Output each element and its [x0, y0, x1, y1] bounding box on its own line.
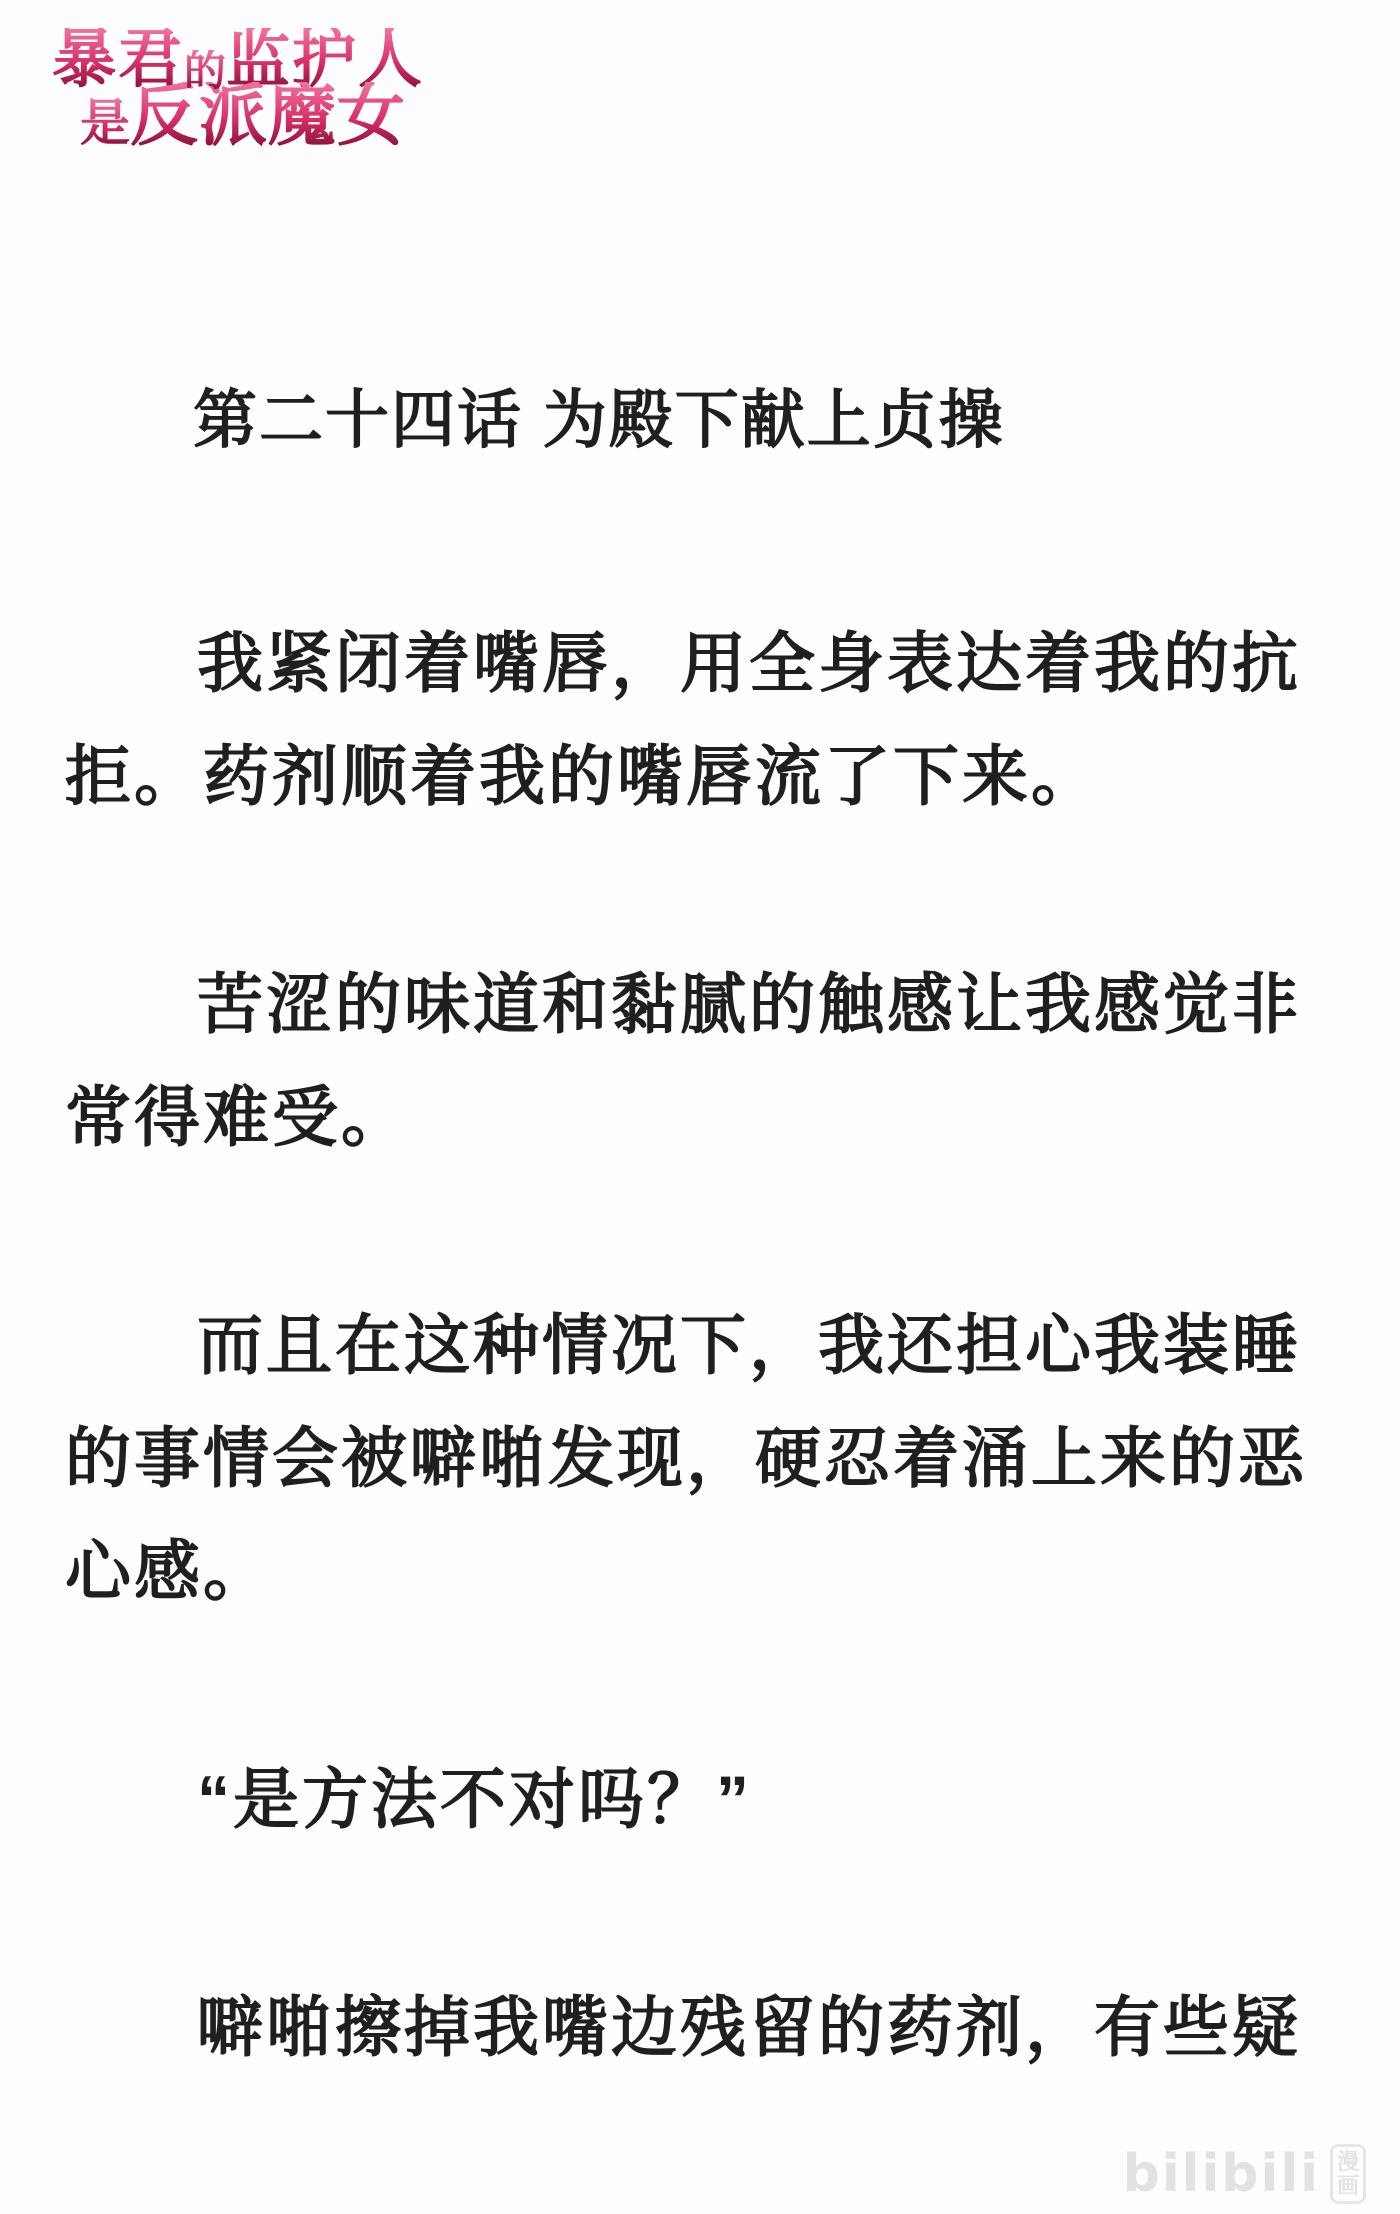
chapter-text-content: 第二十四话 为殿下献上贞操 我紧闭着嘴唇，用全身表达着我的抗拒。药剂顺着我的嘴唇… [0, 0, 1400, 2084]
bilibili-logo-text: bilibili [1123, 2144, 1320, 2204]
logo-text-shi: 是 [80, 98, 130, 148]
logo-text-fanpaimonv: 反派魔女 [130, 82, 406, 150]
comic-novel-page: 暴君的监护人 是反派魔女 第二十四话 为殿下献上贞操 我紧闭着嘴唇，用全身表达着… [0, 0, 1400, 2214]
manhua-badge-char-top: 漫 [1337, 2150, 1359, 2174]
logo-text-de: 的 [184, 50, 226, 92]
paragraph-3: 而且在这种情况下，我还担心我装睡的事情会被噼啪发现，硬忍着涌上来的恶心感。 [65, 1289, 1335, 1628]
paragraph-5: 噼啪擦掉我嘴边残留的药剂，有些疑 [65, 1971, 1335, 2084]
manhua-badge-icon: 漫 画 [1330, 2144, 1366, 2204]
paragraph-4-quote: “是方法不对吗？” [65, 1743, 1335, 1856]
series-title-logo: 暴君的监护人 是反派魔女 [52, 28, 424, 150]
paragraph-2: 苦涩的味道和黏腻的触感让我感觉非常得难受。 [65, 948, 1335, 1174]
logo-line-2: 是反派魔女 [52, 82, 424, 150]
paragraph-1: 我紧闭着嘴唇，用全身表达着我的抗拒。药剂顺着我的嘴唇流了下来。 [65, 607, 1335, 833]
bilibili-watermark: bilibili 漫 画 [1123, 2144, 1366, 2204]
manhua-badge-char-bottom: 画 [1337, 2174, 1359, 2198]
chapter-title: 第二十四话 为殿下献上贞操 [65, 364, 1335, 477]
